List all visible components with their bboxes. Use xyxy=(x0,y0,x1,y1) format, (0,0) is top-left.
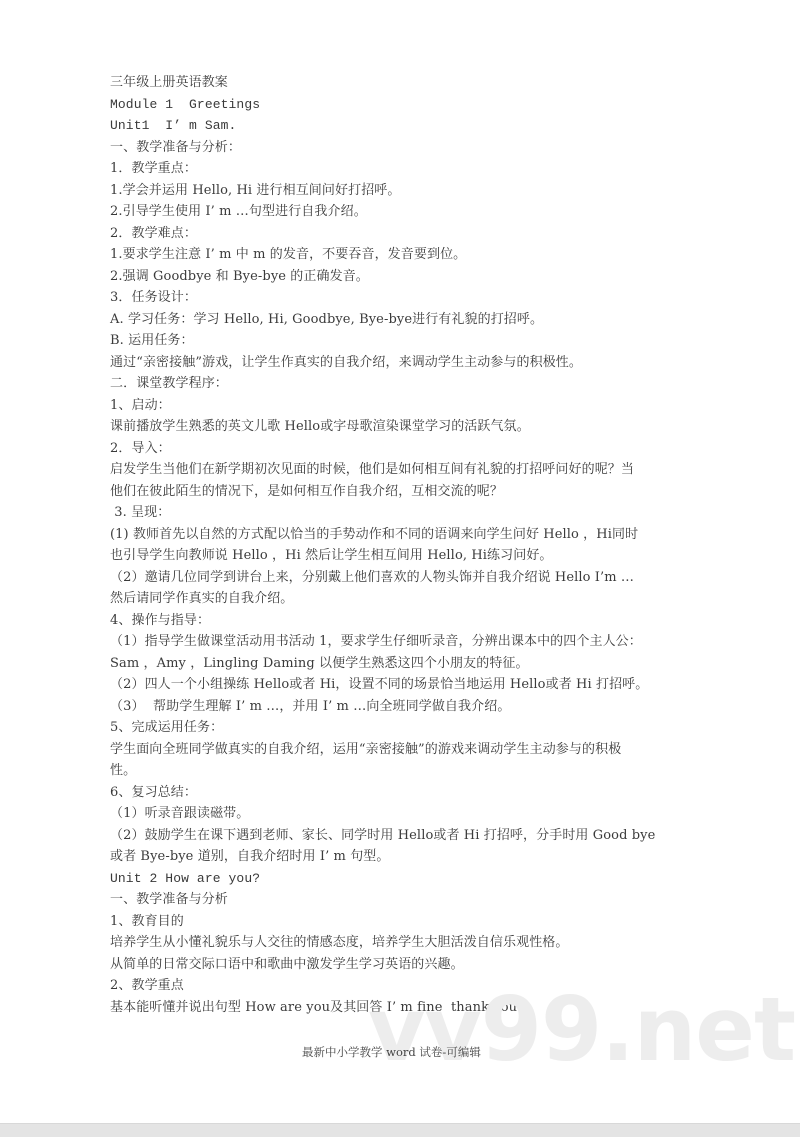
subsection-heading: 4、操作与指导： xyxy=(110,610,690,632)
paragraph-line: 或者 Bye-bye 道别，自我介绍时用 I’ m 句型。 xyxy=(110,846,690,868)
paragraph-line: 2.引导学生使用 I’ m …句型进行自我介绍。 xyxy=(110,201,690,223)
paragraph-line: （3） 帮助学生理解 I’ m …，并用 I’ m …向全班同学做自我介绍。 xyxy=(110,696,690,718)
section-heading: 一、教学准备与分析 xyxy=(110,889,690,911)
paragraph-line: 性。 xyxy=(110,760,690,782)
paragraph-line: 从简单的日常交际口语中和歌曲中激发学生学习英语的兴趣。 xyxy=(110,954,690,976)
paragraph-line: （1）指导学生做课堂活动用书活动 1，要求学生仔细听录音，分辨出课本中的四个主人… xyxy=(110,631,690,653)
subsection-heading: 1、教育目的 xyxy=(110,911,690,933)
paragraph-line: （2）邀请几位同学到讲台上来，分别戴上他们喜欢的人物头饰并自我介绍说 Hello… xyxy=(110,567,690,589)
subsection-heading: 1．教学重点： xyxy=(110,158,690,180)
paragraph-line: 他们在彼此陌生的情况下，是如何相互作自我介绍，互相交流的呢？ xyxy=(110,481,690,503)
paragraph-line: （2）四人一个小组操练 Hello或者 Hi，设置不同的场景恰当地运用 Hell… xyxy=(110,674,690,696)
subsection-heading: 2．教学难点： xyxy=(110,223,690,245)
paragraph-line: 课前播放学生熟悉的英文儿歌 Hello或字母歌渲染课堂学习的活跃气氛。 xyxy=(110,416,690,438)
module-heading: Module 1 Greetings xyxy=(110,94,690,116)
paragraph-line: 然后请同学作真实的自我介绍。 xyxy=(110,588,690,610)
paragraph-line: （1）听录音跟读磁带。 xyxy=(110,803,690,825)
unit2-heading: Unit 2 How are you? xyxy=(110,868,690,890)
subsection-heading: 3. 呈现： xyxy=(110,502,690,524)
subsection-heading: 3．任务设计： xyxy=(110,287,690,309)
watermark: vv99.net xyxy=(368,986,795,1074)
paragraph-line: Sam ，Amy ，Lingling Daming 以便学生熟悉这四个小朋友的特… xyxy=(110,653,690,675)
paragraph-line: 2.强调 Goodbye 和 Bye-bye 的正确发音。 xyxy=(110,266,690,288)
subsection-heading: 2．导入： xyxy=(110,438,690,460)
paragraph-line: 启发学生当他们在新学期初次见面的时候，他们是如何相互间有礼貌的打招呼问好的呢？当 xyxy=(110,459,690,481)
section-heading: 二．课堂教学程序： xyxy=(110,373,690,395)
section-heading: 一、教学准备与分析： xyxy=(110,137,690,159)
paragraph-line: 1.学会并运用 Hello, Hi 进行相互间问好打招呼。 xyxy=(110,180,690,202)
paragraph-line: 通过“亲密接触”游戏，让学生作真实的自我介绍，来调动学生主动参与的积极性。 xyxy=(110,352,690,374)
paragraph-line: 培养学生从小懂礼貌乐与人交往的情感态度，培养学生大胆活泼自信乐观性格。 xyxy=(110,932,690,954)
paragraph-line: 1.要求学生注意 I’ m 中 m 的发音，不要吞音，发音要到位。 xyxy=(110,244,690,266)
subsection-heading: 6、复习总结： xyxy=(110,782,690,804)
page-bottom-edge xyxy=(0,1123,800,1137)
paragraph-line: 也引导学生向教师说 Hello ，Hi 然后让学生相互间用 Hello, Hi练… xyxy=(110,545,690,567)
paragraph-line: (1) 教师首先以自然的方式配以恰当的手势动作和不同的语调来向学生问好 Hell… xyxy=(110,524,690,546)
doc-title: 三年级上册英语教案 xyxy=(110,72,690,94)
paragraph-line: （2）鼓励学生在课下遇到老师、家长、同学时用 Hello或者 Hi 打招呼，分手… xyxy=(110,825,690,847)
page-footer: 最新中小学教学 word 试卷-可编辑 xyxy=(302,1044,481,1060)
subsection-heading: 5、完成运用任务： xyxy=(110,717,690,739)
paragraph-line: A. 学习任务：学习 Hello, Hi, Goodbye, Bye-bye进行… xyxy=(110,309,690,331)
document-body: 三年级上册英语教案 Module 1 Greetings Unit1 I’ m … xyxy=(110,72,690,1018)
document-page: 三年级上册英语教案 Module 1 Greetings Unit1 I’ m … xyxy=(0,0,800,1123)
paragraph-line: B. 运用任务： xyxy=(110,330,690,352)
paragraph-line: 学生面向全班同学做真实的自我介绍，运用“亲密接触”的游戏来调动学生主动参与的积极 xyxy=(110,739,690,761)
subsection-heading: 1、启动： xyxy=(110,395,690,417)
unit1-heading: Unit1 I’ m Sam. xyxy=(110,115,690,137)
